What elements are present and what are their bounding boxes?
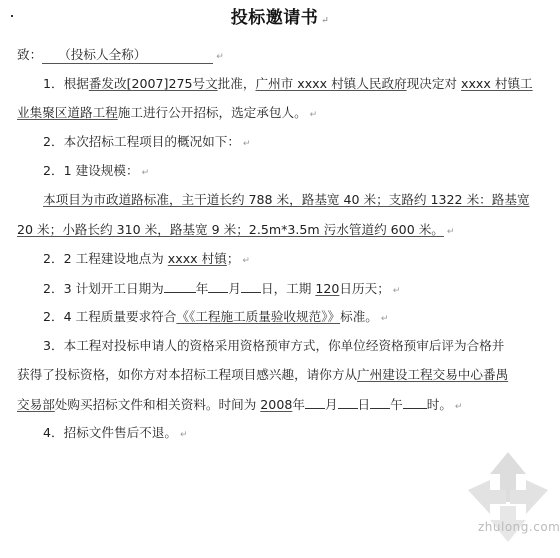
watermark-text: zhulong.com: [478, 520, 560, 534]
para-2-1: 2．1 建设规模：↵: [43, 161, 560, 181]
para-1-line-2: 业集聚区道路工程施工进行公开招标，选定承包人。↵: [17, 103, 547, 123]
para-2-2: 2．2 工程建设地点为 xxxx 村镇；↵: [43, 249, 560, 269]
hour-blank: [403, 394, 427, 409]
document-title: 投标邀请书↵: [0, 3, 560, 28]
para-2-1-text-2: 20 米；小路长约 310 米，路基宽 9 米；2.5m*3.5m 污水管道约 …: [17, 220, 547, 240]
para-2-1-text-1: 本项目为市政道路标准，主干道长约 788 米，路基宽 40 米；支路约 1322…: [43, 190, 560, 210]
para-4: 4．招标文件售后不退。↵: [43, 423, 560, 443]
para-2-4: 2．4 工程质量要求符合《《工程施工质量验收规范》》标准。↵: [43, 307, 560, 327]
addressee-field: （投标人全称）: [42, 46, 213, 64]
para-3-line-1: 3．本工程对投标申请人的资格采用资格预审方式，你单位经资格预审后评为合格并: [43, 336, 560, 356]
para-2: 2．本次招标工程项目的概况如下：↵: [43, 132, 560, 152]
month-blank: [305, 394, 325, 409]
para-2-3: 2．3 计划开工日期为年月日，工期 120日历天；↵: [43, 278, 560, 298]
addressee-line: 致：（投标人全称）↵: [17, 45, 547, 65]
year-blank: [164, 278, 196, 293]
para-1-line-1: 1．根据番发改[2007]275号文批准，广州市 xxxx 村镇人民政府现决定对…: [43, 74, 560, 94]
noon-blank: [370, 394, 390, 409]
month-blank: [208, 278, 228, 293]
para-3-line-3: 交易部处购买招标文件和相关资料。时间为 2008年月日午时。↵: [17, 394, 547, 414]
day-blank: [241, 278, 261, 293]
day-blank: [338, 394, 358, 409]
para-3-line-2: 获得了投标资格，如你方对本招标工程项目感兴趣，请你方从广州建设工程交易中心番禺: [17, 365, 547, 385]
